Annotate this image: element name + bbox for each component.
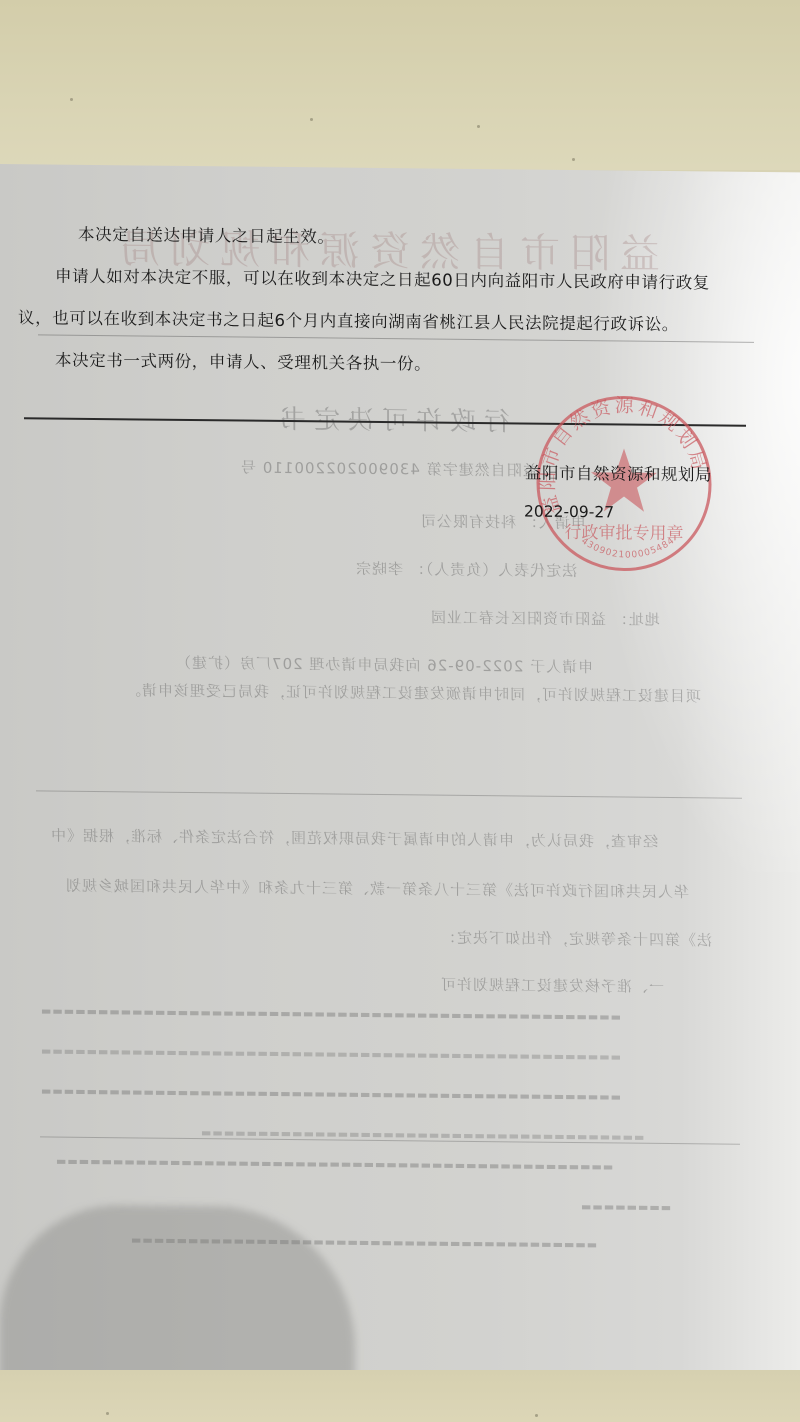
wall-speck	[70, 98, 73, 101]
bleed-line: 申请人于 2022-09-26 向我局申请办理 207厂房（扩建）	[175, 652, 593, 677]
wall-speck	[572, 158, 575, 161]
wall-speck	[477, 125, 480, 128]
bleed-line: 经审查，我局认为，申请人的申请属于我局职权范围，符合法定条件、标准，根据《中	[50, 825, 658, 852]
bleed-line: 地址： 益阳市资阳区长春工业园	[430, 607, 660, 630]
bleed-line: 益阳自然建字第 430900202200110 号	[240, 457, 538, 481]
issue-date: 2022-09-27	[524, 502, 614, 521]
wall-speck	[310, 118, 313, 121]
paragraph-appeal-line2: 议，也可以在收到本决定书之日起6个月内直接向湖南省桃江县人民法院提起行政诉讼。	[18, 304, 679, 335]
paragraph-copies: 本决定书一式两份，申请人、受理机关各执一份。	[55, 347, 431, 375]
bleed-small-text: ▬▬▬▬▬▬▬▬▬▬▬▬▬▬▬▬▬▬▬▬▬▬▬▬▬▬▬▬▬▬▬▬▬▬▬▬▬▬▬▬…	[40, 1044, 621, 1063]
bleed-line: 法》第四十条等规定，作出如下决定：	[440, 927, 712, 951]
document-page: 益阳市自然资源和规划局 行政许可决定书 益阳自然建字第 430900202200…	[0, 164, 800, 1402]
bleed-small-text: ▬▬▬▬▬▬▬▬	[580, 1200, 671, 1214]
bleed-line: 华人民共和国行政许可法》第三十八条第一款、第三十九条和《中华人民共和国城乡规划	[65, 875, 689, 903]
wall-background-top	[0, 0, 800, 170]
issuing-authority: 益阳市自然资源和规划局	[525, 459, 712, 485]
wall-speck	[535, 1414, 538, 1417]
bleed-small-text: ▬▬▬▬▬▬▬▬▬▬▬▬▬▬▬▬▬▬▬▬▬▬▬▬▬▬▬▬▬▬▬▬▬▬▬▬▬▬▬▬…	[55, 1155, 613, 1174]
wall-background-bottom	[0, 1370, 800, 1422]
bleed-small-text: ▬▬▬▬▬▬▬▬▬▬▬▬▬▬▬▬▬▬▬▬▬▬▬▬▬▬▬▬▬▬▬▬▬▬▬▬▬▬▬▬…	[40, 1084, 621, 1103]
bleed-line: 一、准予核发建设工程规划许可	[440, 974, 664, 997]
wall-speck	[106, 1412, 109, 1415]
bleed-small-text: ▬▬▬▬▬▬▬▬▬▬▬▬▬▬▬▬▬▬▬▬▬▬▬▬▬▬▬▬▬▬▬▬▬▬▬▬▬▬▬▬…	[40, 1004, 621, 1023]
bleed-heading: 行政许可决定书	[272, 399, 510, 438]
paragraph-effective: 本决定自送达申请人之日起生效。	[78, 221, 335, 248]
